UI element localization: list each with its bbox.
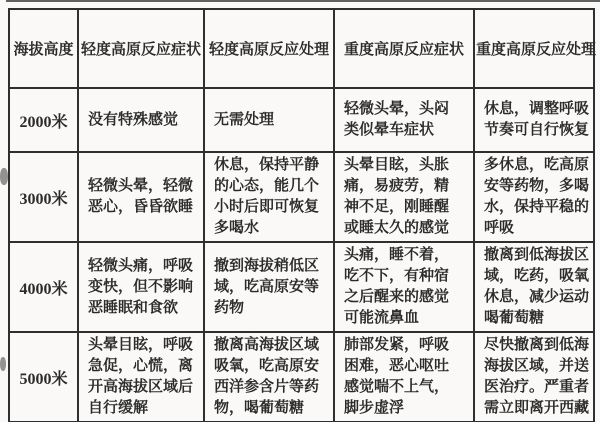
cell-severe-symptoms: 轻微头晕，头闷 类似晕车症状 <box>334 88 474 152</box>
table-row-2000m: 2000米 没有特殊感觉 无需处理 轻微头晕，头闷 类似晕车症状 休息，调整呼吸… <box>9 88 594 152</box>
scan-edge-artifact <box>6 0 600 2</box>
cell-mild-treatment: 休息，保持平静 的心态，能几个 小时后即可恢复 多喝水 <box>204 152 334 242</box>
cell-severe-symptoms: 头晕目眩，头胀 痛，易疲劳，精 神不足，刚睡醒 或睡太久的感觉 <box>334 152 474 242</box>
header-altitude: 海拔高度 <box>9 9 78 88</box>
cell-mild-treatment: 撤离高海拔区域 吸氧，吃高原安 西洋参含片等药 物，喝葡萄糖 <box>204 332 334 422</box>
cell-mild-symptoms: 轻微头晕，轻微 恶心，昏昏欲睡 <box>78 152 204 242</box>
cell-altitude: 4000米 <box>9 242 78 332</box>
cell-mild-treatment: 撤到海拔稍低区 域，吃高原安等 药物 <box>204 242 334 332</box>
altitude-sickness-table-photo: 海拔高度 轻度高原反应症状 轻度高原反应处理 重度高原反应症状 重度高原反应处理… <box>0 0 600 422</box>
photo-smudge <box>0 357 6 371</box>
cell-mild-symptoms: 没有特殊感觉 <box>78 88 204 152</box>
cell-severe-treatment: 多休息，吃高原 安等药物，多喝 水，保持平稳的 呼吸 <box>474 152 594 242</box>
table-row-5000m: 5000米 头晕目眩，呼吸 急促，心慌，离 开高海拔区域后 自行缓解 撤离高海拔… <box>9 332 594 422</box>
cell-mild-symptoms: 头晕目眩，呼吸 急促，心慌，离 开高海拔区域后 自行缓解 <box>78 332 204 422</box>
header-mild-symptoms: 轻度高原反应症状 <box>78 9 204 88</box>
header-row: 海拔高度 轻度高原反应症状 轻度高原反应处理 重度高原反应症状 重度高原反应处理 <box>9 9 594 88</box>
table-row-3000m: 3000米 轻微头晕，轻微 恶心，昏昏欲睡 休息，保持平静 的心态，能几个 小时… <box>9 152 594 242</box>
header-severe-treatment: 重度高原反应处理 <box>474 9 594 88</box>
cell-severe-treatment: 尽快撤离到低海 海拔区域，并送 医治疗。严重者 需立即离开西藏 <box>474 332 594 422</box>
cell-altitude: 5000米 <box>9 332 78 422</box>
header-mild-treatment: 轻度高原反应处理 <box>204 9 334 88</box>
cell-severe-treatment: 撤离到低海拔区 域，吃药，吸氧 休息，减少运动 喝葡萄糖 <box>474 242 594 332</box>
cell-severe-symptoms: 肺部发紧，呼吸 困难，恶心呕吐 感觉喘不上气， 脚步虚浮 <box>334 332 474 422</box>
table-row-4000m: 4000米 轻微头痛，呼吸 变快，但不影响 恶睡眠和食欲 撤到海拔稍低区 域，吃… <box>9 242 594 332</box>
altitude-sickness-table: 海拔高度 轻度高原反应症状 轻度高原反应处理 重度高原反应症状 重度高原反应处理… <box>8 8 595 422</box>
photo-smudge <box>0 168 8 185</box>
cell-mild-treatment: 无需处理 <box>204 88 334 152</box>
cell-severe-treatment: 休息，调整呼吸 节奏可自行恢复 <box>474 88 594 152</box>
cell-severe-symptoms: 头痛，睡不着， 吃不下，有种宿 之后醒来的感觉 可能流鼻血 <box>334 242 474 332</box>
cell-mild-symptoms: 轻微头痛，呼吸 变快，但不影响 恶睡眠和食欲 <box>78 242 204 332</box>
cell-altitude: 2000米 <box>9 88 78 152</box>
header-severe-symptoms: 重度高原反应症状 <box>334 9 474 88</box>
cell-altitude: 3000米 <box>9 152 78 242</box>
